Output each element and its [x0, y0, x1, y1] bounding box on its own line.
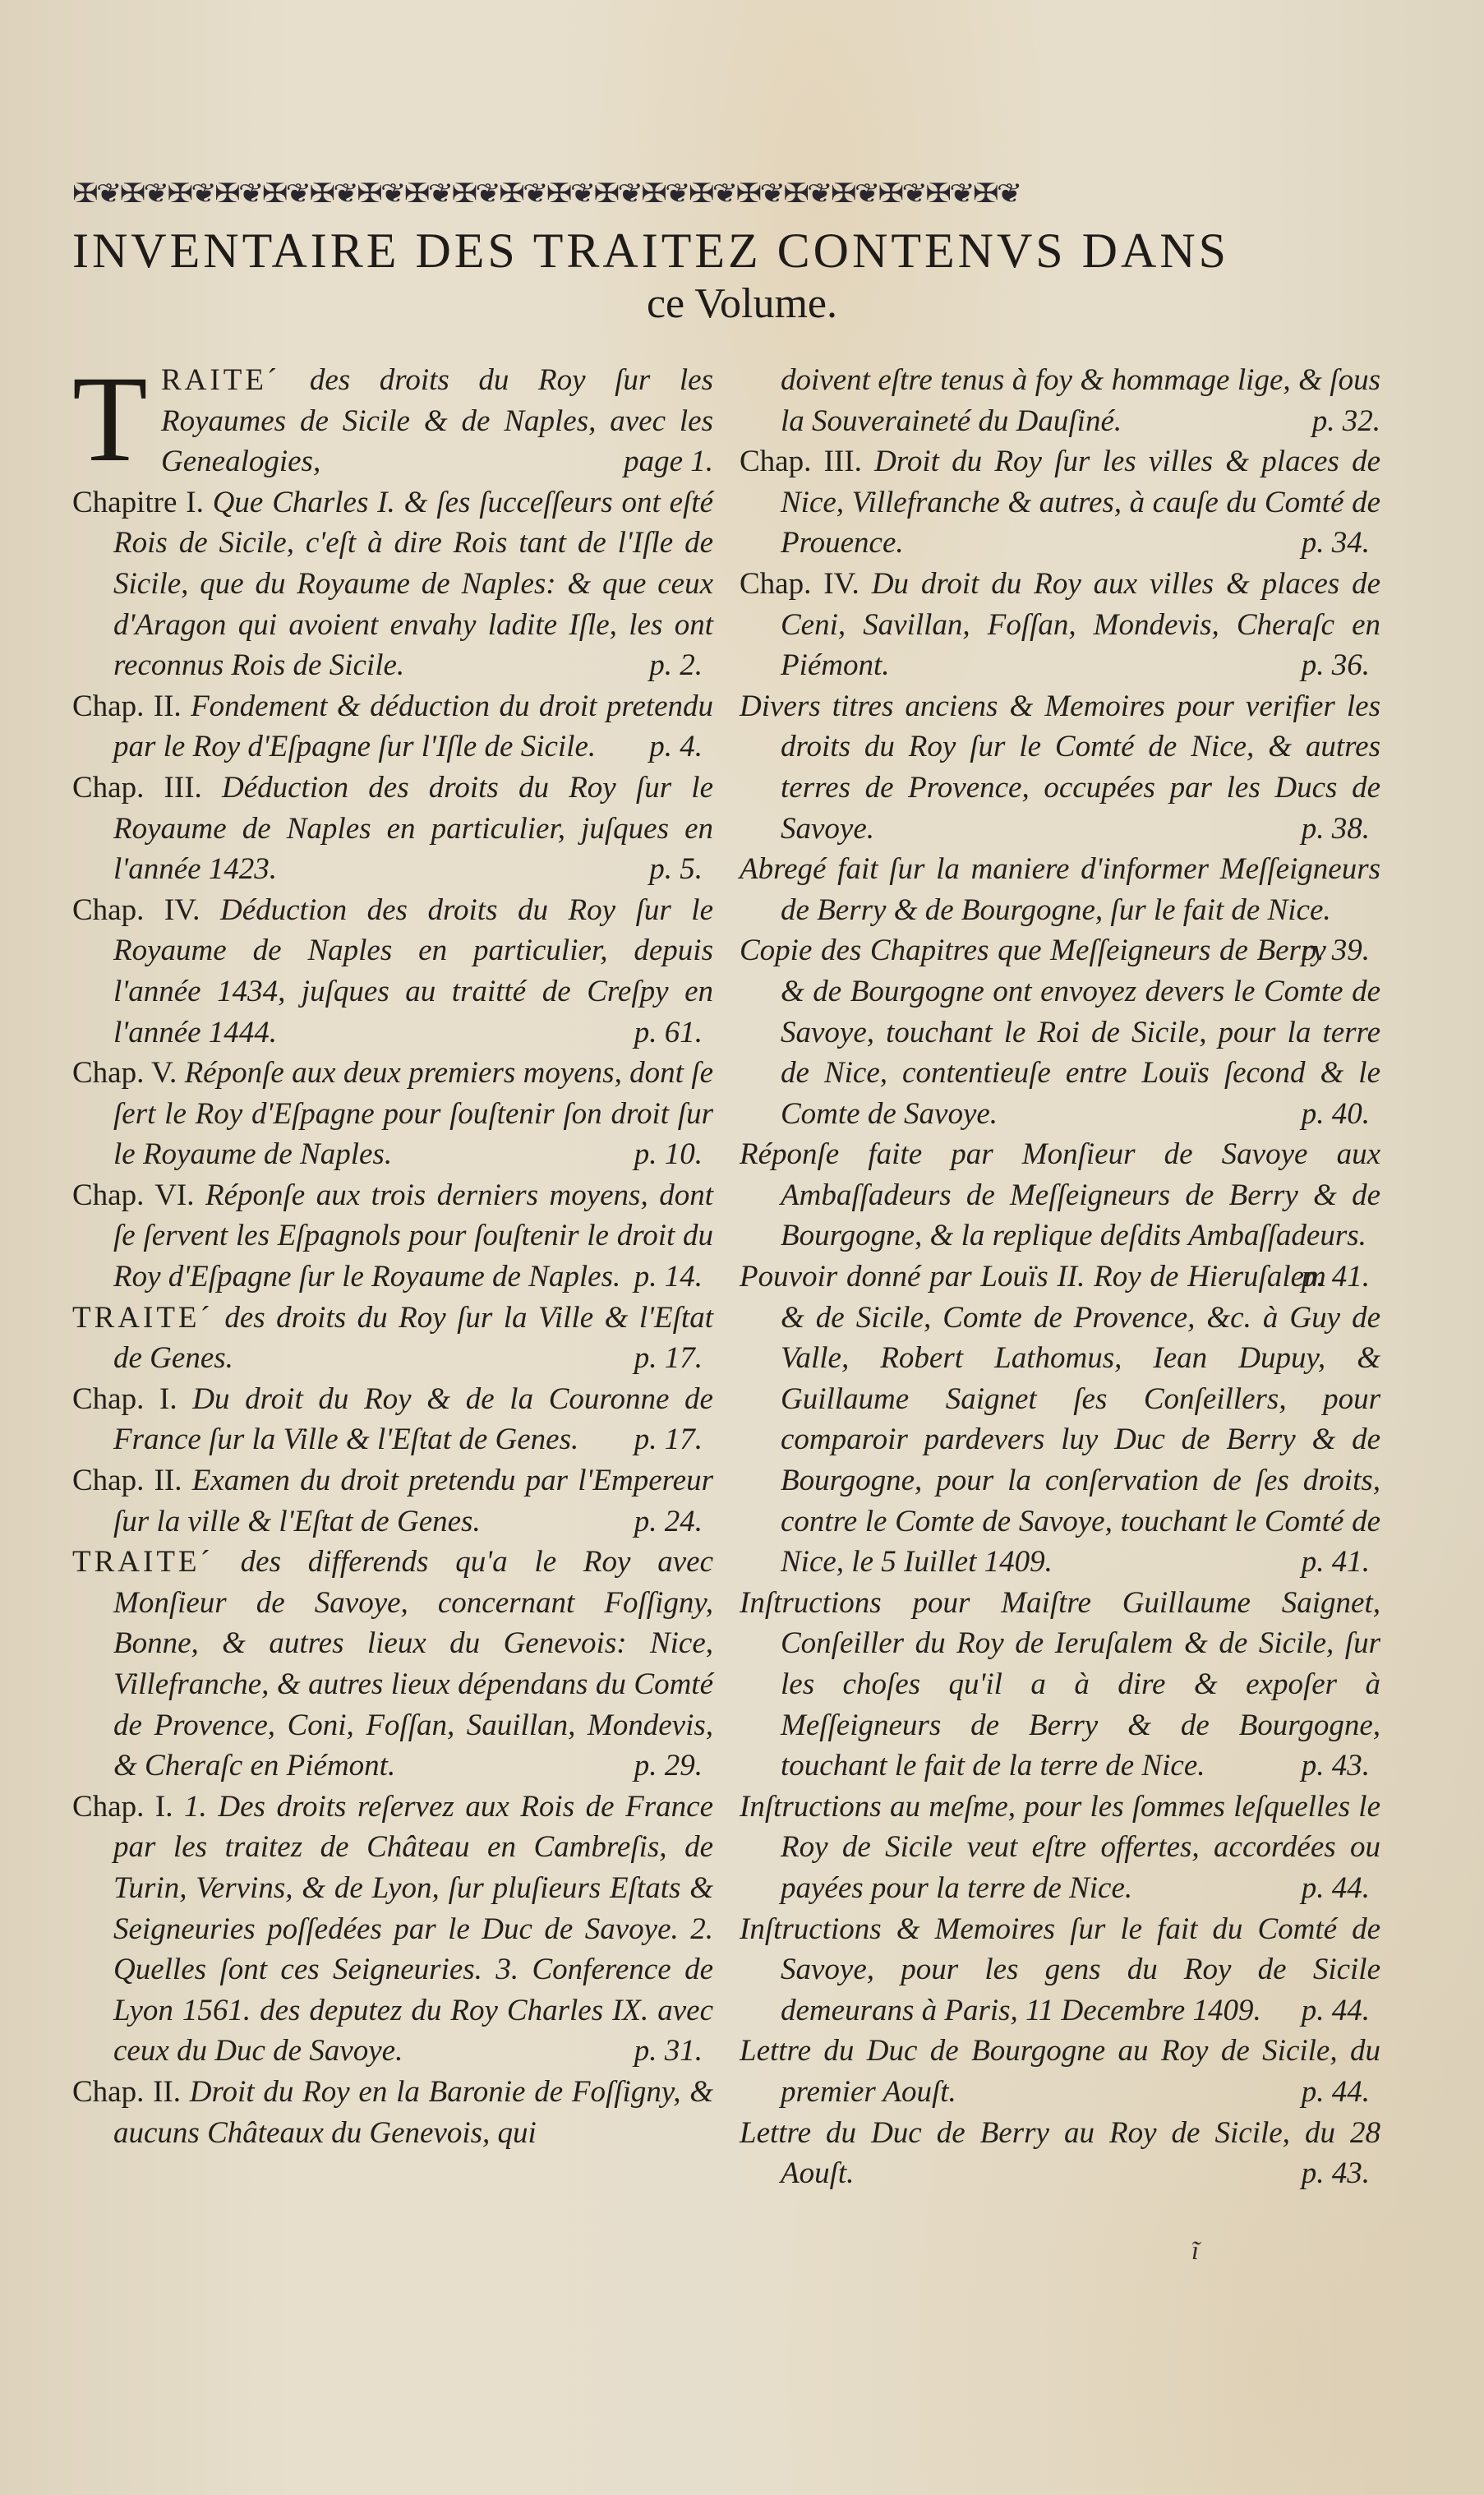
entry-body: Que Charles I. & ſes ſucceſſeurs ont eſt… — [113, 486, 713, 682]
entry-body: 1. Des droits reſervez aux Rois de Franc… — [113, 1790, 713, 2068]
entry-lead: Chapitre I. — [72, 486, 204, 519]
toc-entry: Chap. III. Droit du Roy ſur les villes &… — [740, 441, 1380, 564]
page-reference: page 1. — [624, 441, 713, 482]
entry-body: Abregé fait ſur la maniere d'informer Me… — [740, 852, 1380, 927]
toc-entry-continuation: doivent eſtre tenus à foy & hommage lige… — [740, 360, 1380, 441]
page-title: INVENTAIRE DES TRAITEZ CONTENVS DANS — [72, 222, 1372, 279]
entry-body: des differends qu'a le Roy avec Monſieur… — [113, 1545, 713, 1782]
entry-body: Inſtructions au meſme, pour les ſommes l… — [740, 1790, 1380, 1905]
entry-body: Du droit du Roy aux villes & places de C… — [781, 567, 1380, 682]
page-reference: p. 38. — [1343, 809, 1380, 850]
toc-entry: Inſtructions pour Maiſtre Guillaume Saig… — [740, 1583, 1380, 1787]
decorative-border-ornament: ✠❦✠❦✠❦✠❦✠❦✠❦✠❦✠❦✠❦✠❦✠❦✠❦✠❦✠❦✠❦✠❦✠❦✠❦✠❦✠❦ — [72, 173, 1372, 214]
page-reference: p. 44. — [1343, 2072, 1380, 2113]
page-reference: p. 31. — [675, 2031, 713, 2072]
page-reference: p. 41. — [1343, 1542, 1380, 1583]
toc-entry: Chap. III. Déduction des droits du Roy ſ… — [72, 768, 713, 890]
toc-entry-text: Chap. I. 1. Des droits reſervez aux Rois… — [72, 1787, 713, 2072]
entry-lead: Chap. II. — [72, 2075, 181, 2109]
entry-body: Réponſe faite par Monſieur de Savoye aux… — [740, 1137, 1380, 1252]
book-page: ✠❦✠❦✠❦✠❦✠❦✠❦✠❦✠❦✠❦✠❦✠❦✠❦✠❦✠❦✠❦✠❦✠❦✠❦✠❦✠❦… — [0, 0, 1484, 2495]
toc-entry-text: Chap. V. Réponſe aux deux premiers moyen… — [72, 1053, 713, 1175]
page-reference: p. 14. — [675, 1257, 713, 1298]
page-reference: p. 40. — [1343, 1094, 1380, 1135]
page-reference: p. 44. — [1343, 1868, 1380, 1909]
page-reference: p. 32. — [1312, 401, 1380, 442]
page-reference: p. 34. — [1343, 523, 1380, 564]
toc-entry: Inſtructions au meſme, pour les ſommes l… — [740, 1787, 1380, 1909]
toc-entry-text: Chap. III. Droit du Roy ſur les villes &… — [740, 441, 1380, 564]
toc-entry: Chap. IV. Déduction des droits du Roy ſu… — [72, 890, 713, 1053]
entry-lead: TRAITE´ — [72, 1545, 214, 1579]
toc-entry-text: Chap. II. Examen du droit pretendu par l… — [72, 1460, 713, 1542]
toc-entry: Chap. I. 1. Des droits reſervez aux Rois… — [72, 1787, 713, 2072]
toc-entry-text: Divers titres anciens & Memoires pour ve… — [740, 686, 1380, 849]
entry-lead: Chap. III. — [740, 445, 862, 478]
entry-body: Examen du droit pretendu par l'Empereur … — [113, 1464, 713, 1538]
entry-lead: Chap. V. — [72, 1056, 177, 1090]
toc-entry: Copie des Chapitres que Meſſeigneurs de … — [740, 930, 1380, 1134]
toc-entry-text: Chap. II. Droit du Roy en la Baronie de … — [72, 2072, 713, 2153]
entry-lead: Chap. II. — [72, 1464, 182, 1497]
entry-body: Copie des Chapitres que Meſſeigneurs de … — [740, 934, 1380, 1130]
toc-entry-text: Chap. IV. Déduction des droits du Roy ſu… — [72, 890, 713, 1053]
toc-entry: Chap. VI. Réponſe aux trois derniers moy… — [72, 1175, 713, 1298]
entry-lead: Chap. IV. — [72, 893, 200, 927]
entry-lead: Chap. I. — [72, 1382, 177, 1416]
toc-entry: Chap. IV. Du droit du Roy aux villes & p… — [740, 564, 1380, 686]
toc-entry-text: Chap. III. Déduction des droits du Roy ſ… — [72, 768, 713, 890]
toc-entry: TRAITE´ des differends qu'a le Roy avec … — [72, 1542, 713, 1787]
toc-entry-text: Lettre du Duc de Bourgogne au Roy de Sic… — [740, 2031, 1380, 2112]
toc-entry: Chap. I. Du droit du Roy & de la Couronn… — [72, 1379, 713, 1460]
entry-body: Lettre du Duc de Berry au Roy de Sicile,… — [740, 2116, 1380, 2191]
entry-body: doivent eſtre tenus à foy & hommage lige… — [781, 363, 1380, 438]
toc-entry-text: Chap. I. Du droit du Roy & de la Couronn… — [72, 1379, 713, 1460]
page-reference: p. 17. — [675, 1338, 713, 1379]
toc-entry: Chapitre I. Que Charles I. & ſes ſucceſſ… — [72, 482, 713, 686]
page-reference: p. 61. — [675, 1012, 713, 1054]
entry-lead: Chap. IV. — [740, 567, 860, 601]
entry-body: Droit du Roy en la Baronie de Foſſigny, … — [113, 2075, 713, 2150]
toc-entry-text: Inſtructions & Memoires ſur le fait du C… — [740, 1909, 1380, 2032]
toc-entry: Chap. II. Fondement & déduction du droit… — [72, 686, 713, 768]
entry-body: Du droit du Roy & de la Couronne de Fran… — [113, 1382, 713, 1457]
toc-entry-text: Inſtructions au meſme, pour les ſommes l… — [740, 1787, 1380, 1909]
toc-entry-text: Abregé fait ſur la maniere d'informer Me… — [740, 849, 1380, 930]
entry-lead: TRAITE´ — [72, 1301, 214, 1335]
toc-entry-text: Chap. II. Fondement & déduction du droit… — [72, 686, 713, 768]
page-reference: p. 44. — [1343, 1990, 1380, 2032]
toc-entry: Chap. V. Réponſe aux deux premiers moyen… — [72, 1053, 713, 1175]
page-reference: p. 2. — [690, 645, 713, 686]
page-reference: p. 4. — [690, 726, 713, 768]
toc-entry: Chap. II. Examen du droit pretendu par l… — [72, 1460, 713, 1542]
toc-entry-text: TRAITE´ des droits du Roy ſur la Ville &… — [72, 1298, 713, 1379]
toc-entry: Lettre du Duc de Berry au Roy de Sicile,… — [740, 2113, 1380, 2194]
entry-body: Fondement & déduction du droit pretendu … — [113, 689, 713, 764]
toc-entry: Abregé fait ſur la maniere d'informer Me… — [740, 849, 1380, 930]
page-reference: p. 36. — [1343, 645, 1380, 686]
entry-body: Droit du Roy ſur les villes & places de … — [781, 445, 1380, 560]
page-reference: p. 24. — [675, 1501, 713, 1543]
toc-entry-text: Réponſe faite par Monſieur de Savoye aux… — [740, 1134, 1380, 1257]
right-column: doivent eſtre tenus à foy & hommage lige… — [740, 360, 1380, 2194]
entry-body: Pouvoir donné par Louïs II. Roy de Hieru… — [740, 1260, 1380, 1579]
signature-mark: ĩ — [1191, 2235, 1199, 2266]
ornament-glyphs: ✠❦✠❦✠❦✠❦✠❦✠❦✠❦✠❦✠❦✠❦✠❦✠❦✠❦✠❦✠❦✠❦✠❦✠❦✠❦✠❦ — [72, 178, 1021, 208]
toc-entry: TRAITE´ des droits du Roy ſur la Ville &… — [72, 1298, 713, 1379]
toc-entry: Divers titres anciens & Memoires pour ve… — [740, 686, 1380, 849]
entry-lead: Chap. I. — [72, 1790, 173, 1824]
entry-lead: Chap. VI. — [72, 1178, 194, 1212]
toc-entry: Chap. II. Droit du Roy en la Baronie de … — [72, 2072, 713, 2153]
page-reference: p. 43. — [1343, 2153, 1380, 2194]
toc-entry-text: Inſtructions pour Maiſtre Guillaume Saig… — [740, 1583, 1380, 1787]
toc-entry-text: Chap. VI. Réponſe aux trois derniers moy… — [72, 1175, 713, 1298]
page-reference: p. 10. — [675, 1134, 713, 1175]
entry-body: Inſtructions & Memoires ſur le fait du C… — [740, 1912, 1380, 2027]
toc-entry-text: doivent eſtre tenus à foy & hommage lige… — [740, 360, 1380, 441]
toc-entry: T RAITE´ des droits du Roy ſur les Royau… — [72, 360, 713, 482]
toc-entry-text: Pouvoir donné par Louïs II. Roy de Hieru… — [740, 1257, 1380, 1583]
page-reference: p. 43. — [1343, 1746, 1380, 1787]
toc-entry-text: RAITE´ des droits du Roy ſur les Royaume… — [72, 360, 713, 482]
toc-entry-text: Chapitre I. Que Charles I. & ſes ſucceſſ… — [72, 482, 713, 686]
page-subtitle: ce Volume. — [0, 279, 1484, 329]
page-reference: p. 29. — [675, 1746, 713, 1787]
entry-lead: Chap. II. — [72, 689, 182, 723]
entry-body: Lettre du Duc de Bourgogne au Roy de Sic… — [740, 2034, 1380, 2109]
left-column: T RAITE´ des droits du Roy ſur les Royau… — [72, 360, 713, 2153]
toc-entry-text: Copie des Chapitres que Meſſeigneurs de … — [740, 930, 1380, 1134]
toc-entry: Lettre du Duc de Bourgogne au Roy de Sic… — [740, 2031, 1380, 2112]
toc-entry-text: Lettre du Duc de Berry au Roy de Sicile,… — [740, 2113, 1380, 2194]
entry-body: Déduction des droits du Roy ſur le Royau… — [113, 771, 713, 886]
entry-lead: RAITE´ — [161, 363, 280, 397]
entry-body: Réponſe aux deux premiers moyens, dont ſ… — [113, 1056, 713, 1171]
toc-entry-text: TRAITE´ des differends qu'a le Roy avec … — [72, 1542, 713, 1787]
toc-entry: Pouvoir donné par Louïs II. Roy de Hieru… — [740, 1257, 1380, 1583]
toc-entry: Réponſe faite par Monſieur de Savoye aux… — [740, 1134, 1380, 1257]
toc-entry-text: Chap. IV. Du droit du Roy aux villes & p… — [740, 564, 1380, 686]
page-reference: p. 5. — [690, 849, 713, 890]
entry-body: Déduction des droits du Roy ſur le Royau… — [113, 893, 713, 1049]
toc-entry: Inſtructions & Memoires ſur le fait du C… — [740, 1909, 1380, 2032]
entry-lead: Chap. III. — [72, 771, 202, 805]
page-reference: p. 17. — [675, 1419, 713, 1460]
drop-cap: T — [72, 362, 148, 477]
entry-body: Divers titres anciens & Memoires pour ve… — [740, 689, 1380, 846]
entry-body: Inſtructions pour Maiſtre Guillaume Saig… — [740, 1586, 1380, 1782]
entry-body: Réponſe aux trois derniers moyens, dont … — [113, 1178, 713, 1294]
